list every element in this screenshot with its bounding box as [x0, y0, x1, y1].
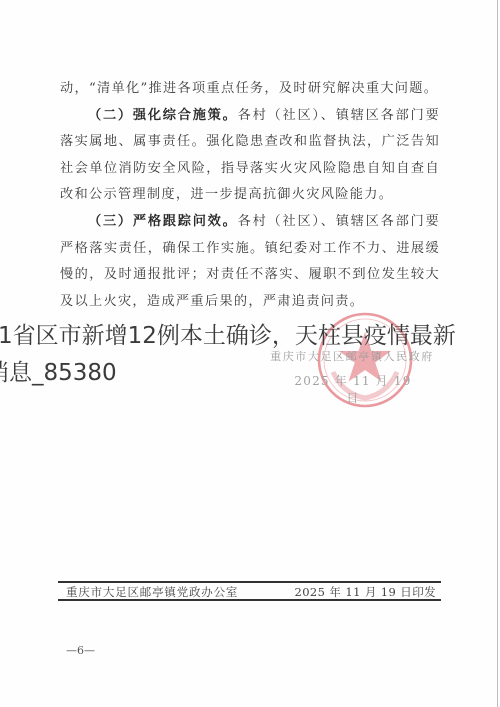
footer-office: 重庆市大足区邮亭镇党政办公室 — [66, 584, 238, 600]
document-body: 动，“清单化”推进各项重点任务，及时研究解决重大问题。 （二）强化综合施策。各村… — [60, 76, 440, 315]
footer-print-date: 2025 年 11 月 19 日印发 — [294, 584, 436, 600]
paragraph-section-3: （三）严格跟踪问效。各村（社区）、镇辖区各部门要严格落实责任，确保工作实施。镇纪… — [60, 209, 440, 315]
section-heading: （三）严格跟踪问效。 — [88, 214, 238, 229]
section-heading: （二）强化综合施策。 — [88, 108, 238, 123]
footer-rule-bottom — [58, 599, 441, 601]
page-number: —6— — [66, 644, 95, 657]
overlay-headline-line2: 消息_85380 — [0, 355, 500, 392]
overlay-headline: 1省区市新增12例本土确诊，天柱县疫情最新 消息_85380 — [0, 318, 500, 392]
overlay-headline-line1: 1省区市新增12例本土确诊，天柱县疫情最新 — [0, 318, 500, 355]
footer-rule-top — [58, 581, 441, 583]
paragraph-continuation: 动，“清单化”推进各项重点任务，及时研究解决重大问题。 — [60, 76, 440, 103]
paragraph-text: 动，“清单化”推进各项重点任务，及时研究解决重大问题。 — [60, 81, 438, 96]
paragraph-section-2: （二）强化综合施策。各村（社区）、镇辖区各部门要落实属地、属事责任。强化隐患查改… — [60, 103, 440, 209]
